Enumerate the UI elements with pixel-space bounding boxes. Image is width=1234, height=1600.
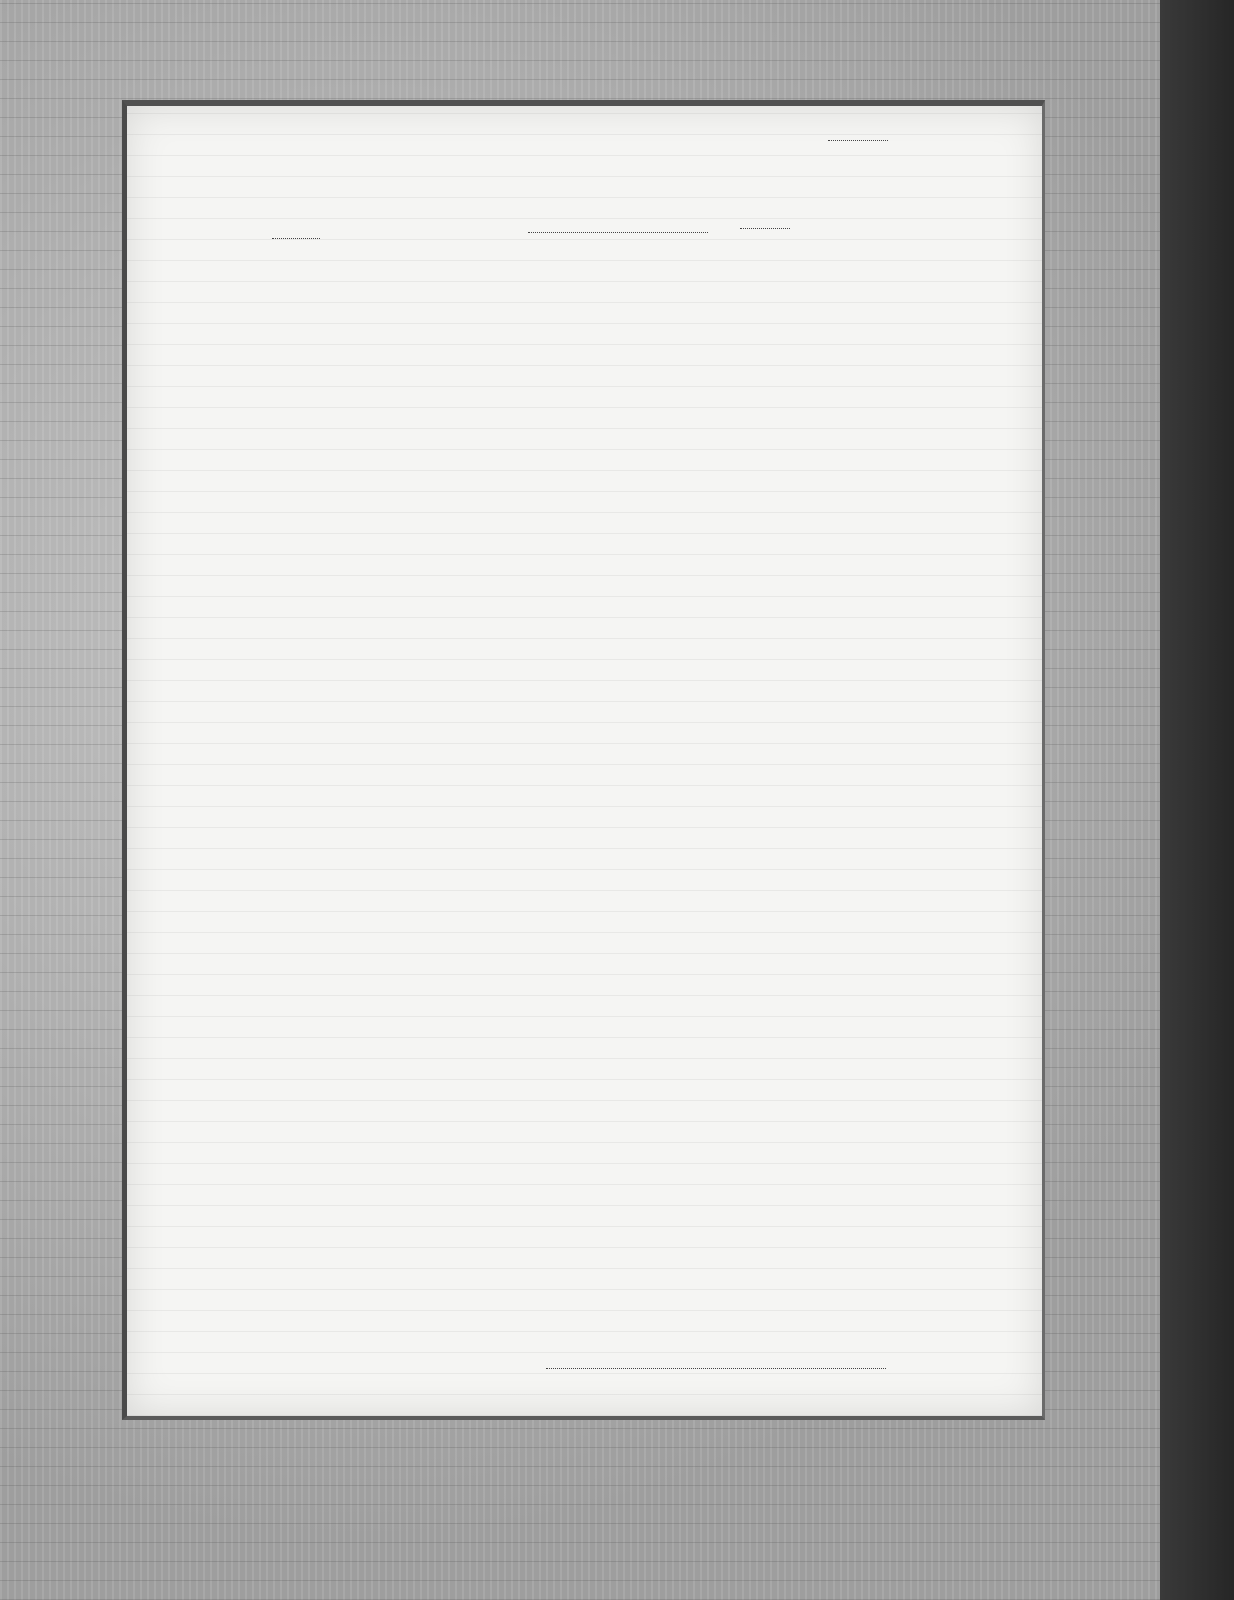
scanner-edge-shadow	[1160, 0, 1234, 1600]
l-number-field	[828, 128, 888, 146]
document-page	[122, 100, 1045, 1420]
footer-signature	[540, 1356, 886, 1372]
s-field	[528, 216, 708, 239]
lew-field	[272, 222, 320, 245]
kat-field	[740, 212, 790, 235]
